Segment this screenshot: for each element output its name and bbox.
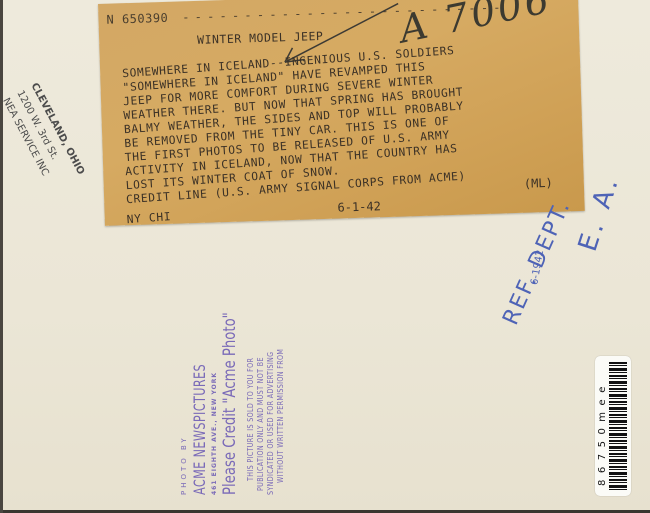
barcode-icon: [609, 362, 627, 490]
typist-initials: (ML): [524, 176, 553, 191]
acme-notice-line: WITHOUT WRITTEN PERMISSION FROM: [276, 349, 285, 483]
acme-notice-line: SYNDICATED OR USED FOR ADVERTISING: [266, 352, 275, 495]
acme-credit: Please Credit "Acme Photo": [220, 312, 240, 495]
caption-slip: N 650390 - - - - - - - - - - - - - - - -…: [98, 0, 585, 226]
caption-footer: NY CHI: [126, 210, 171, 226]
acme-photo-by: PHOTO BY: [180, 435, 188, 495]
barcode-text: 86750mee: [597, 380, 608, 486]
acme-notice-line: THIS PICTURE IS SOLD TO YOU FOR: [246, 358, 255, 481]
acme-address: 461 EIGHTH AVE., NEW YORK: [211, 372, 218, 495]
handwritten-code: A 7006: [396, 0, 556, 51]
acme-name: ACME NEWSPICTURES: [190, 364, 209, 495]
photo-edge: [0, 0, 3, 513]
acme-newspictures-stamp: PHOTO BY ACME NEWSPICTURES 461 EIGHTH AV…: [180, 295, 360, 495]
acme-notice-line: PUBLICATION ONLY AND MUST NOT BE: [256, 357, 265, 491]
caption-date: 6-1-42: [337, 199, 381, 214]
ref-number-text: N 650390: [106, 11, 168, 27]
barcode-label: 86750mee: [595, 356, 631, 496]
